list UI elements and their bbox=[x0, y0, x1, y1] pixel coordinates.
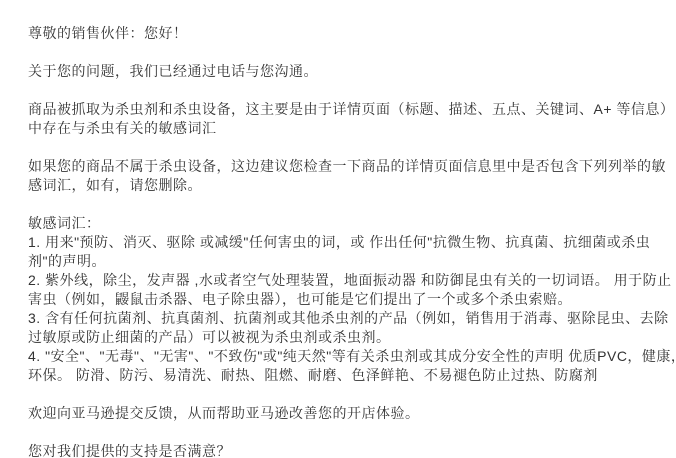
support-message-body: 尊敬的销售伙伴：您好！ 关于您的问题，我们已经通过电话与您沟通。 商品被抓取为杀… bbox=[0, 0, 676, 458]
list-item-3-line: 3. 含有任何抗菌剂、抗真菌剂、抗菌剂或其他杀虫剂的产品（例如，销售用于消毒、驱… bbox=[28, 309, 652, 328]
paragraph-satisfaction-question: 您对我们提供的支持是否满意？ bbox=[28, 442, 652, 458]
list-item-2-line: 2. 紫外线，除尘，发声器 ,水或者空气处理装置，地面振动器 和防御昆虫有关的一… bbox=[28, 271, 652, 290]
list-item-1-line: 1. 用来"预防、消灭、驱除 或减缓"任何害虫的词，或 作出任何"抗微生物、抗真… bbox=[28, 233, 652, 252]
paragraph-reason: 商品被抓取为杀虫剂和杀虫设备，这主要是由于详情页面（标题、描述、五点、关键词、A… bbox=[28, 100, 652, 138]
list-item-4-line: 4. "安全"、"无毒"、"无害"、"不致伤"或"纯天然"等有关杀虫剂或其成分安… bbox=[28, 347, 652, 366]
text-line: 感词汇，如有，请您删除。 bbox=[28, 176, 652, 195]
paragraph-phone-contact: 关于您的问题，我们已经通过电话与您沟通。 bbox=[28, 62, 652, 81]
text-line: 如果您的商品不属于杀虫设备，这边建议您检查一下商品的详情页面信息里中是否包含下列… bbox=[28, 157, 652, 176]
paragraph-suggestion: 如果您的商品不属于杀虫设备，这边建议您检查一下商品的详情页面信息里中是否包含下列… bbox=[28, 157, 652, 195]
list-item-1-line: 剂"的声明。 bbox=[28, 252, 652, 271]
list-heading: 敏感词汇： bbox=[28, 214, 652, 233]
list-item-2-line: 害虫（例如，鼹鼠击杀器、电子除虫器），也可能是它们提出了一个或多个杀虫索赔。 bbox=[28, 290, 652, 309]
paragraph-feedback-invite: 欢迎向亚马逊提交反馈，从而帮助亚马逊改善您的开店体验。 bbox=[28, 404, 652, 423]
sensitive-words-list: 敏感词汇： 1. 用来"预防、消灭、驱除 或减缓"任何害虫的词，或 作出任何"抗… bbox=[28, 214, 652, 385]
text-line: 您对我们提供的支持是否满意？ bbox=[28, 442, 652, 458]
paragraph-greeting: 尊敬的销售伙伴：您好！ bbox=[28, 24, 652, 43]
text-line: 商品被抓取为杀虫剂和杀虫设备，这主要是由于详情页面（标题、描述、五点、关键词、A… bbox=[28, 100, 652, 119]
text-line: 欢迎向亚马逊提交反馈，从而帮助亚马逊改善您的开店体验。 bbox=[28, 404, 652, 423]
list-item-3-line: 过敏原或防止细菌的产品）可以被视为杀虫剂或杀虫剂。 bbox=[28, 328, 652, 347]
text-line: 尊敬的销售伙伴：您好！ bbox=[28, 24, 652, 43]
list-item-4-line: 环保。 防滑、防污、易清洗、耐热、阻燃、耐磨、色泽鲜艳、不易褪色防止过热、防腐剂 bbox=[28, 366, 652, 385]
text-line: 关于您的问题，我们已经通过电话与您沟通。 bbox=[28, 62, 652, 81]
text-line: 中存在与杀虫有关的敏感词汇 bbox=[28, 119, 652, 138]
